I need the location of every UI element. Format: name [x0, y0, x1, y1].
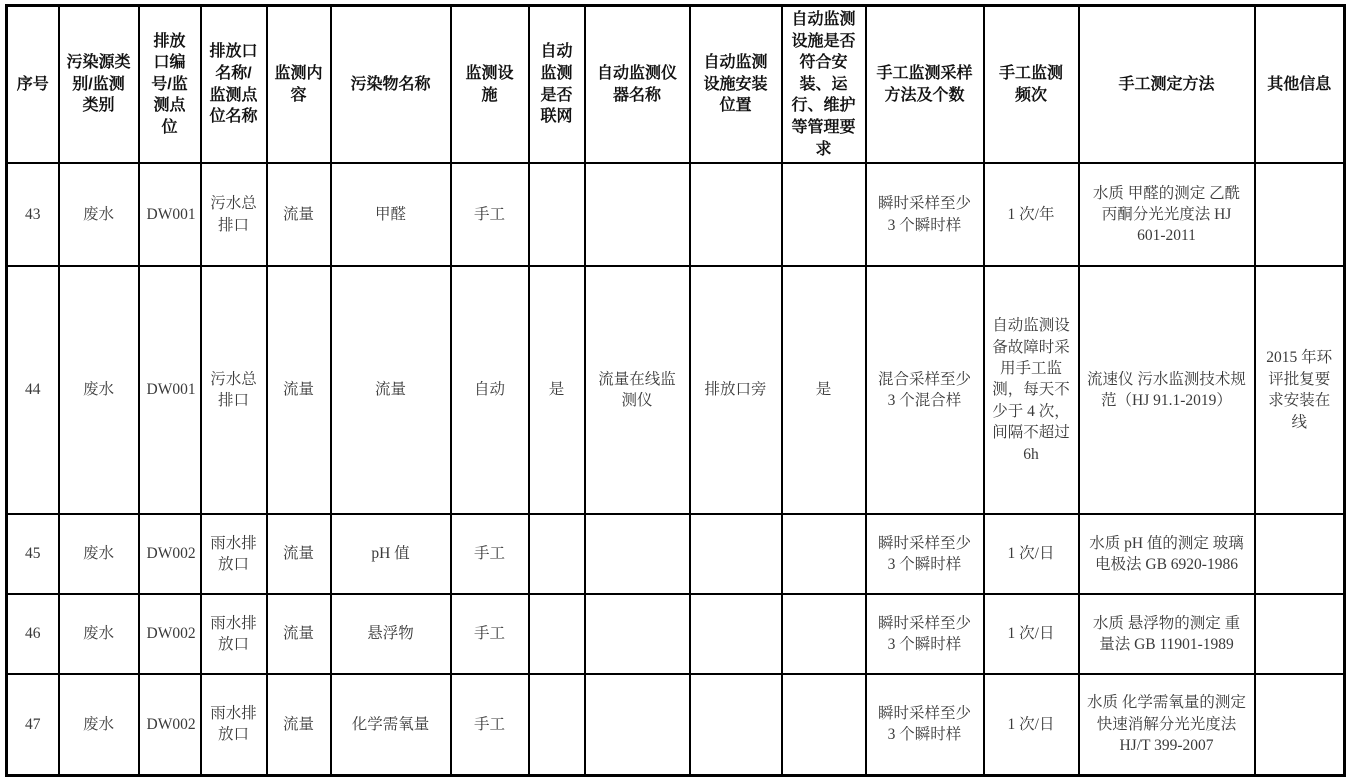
table-cell-monitor-facility: 手工: [451, 163, 529, 266]
header-cell-outlet-name: 排放口名称/监测点位名称: [201, 6, 267, 164]
header-cell-auto-location: 自动监测设施安装位置: [690, 6, 782, 164]
table-cell-other-info: [1255, 514, 1345, 594]
table-cell-auto-instrument: [585, 514, 690, 594]
table-row: 46废水DW002雨水排放口流量悬浮物手工瞬时采样至少 3 个瞬时样1 次/日水…: [7, 594, 1345, 674]
table-cell-auto-compliance: [782, 594, 866, 674]
table-cell-monitor-facility: 手工: [451, 514, 529, 594]
table-cell-pollutant-name: pH 值: [331, 514, 451, 594]
table-cell-monitor-content: 流量: [267, 163, 331, 266]
table-cell-outlet-name: 雨水排放口: [201, 674, 267, 775]
table-row: 45废水DW002雨水排放口流量pH 值手工瞬时采样至少 3 个瞬时样1 次/日…: [7, 514, 1345, 594]
table-cell-other-info: [1255, 163, 1345, 266]
table-cell-other-info: 2015 年环评批复要求安装在线: [1255, 266, 1345, 514]
table-cell-auto-location: [690, 674, 782, 775]
table-cell-monitor-facility: 自动: [451, 266, 529, 514]
table-cell-manual-sampling: 瞬时采样至少 3 个瞬时样: [866, 514, 984, 594]
table-cell-monitor-content: 流量: [267, 266, 331, 514]
table-cell-outlet-name: 污水总排口: [201, 163, 267, 266]
table-cell-pollutant-name: 化学需氧量: [331, 674, 451, 775]
table-cell-monitor-content: 流量: [267, 594, 331, 674]
table-cell-manual-sampling: 瞬时采样至少 3 个瞬时样: [866, 594, 984, 674]
table-cell-outlet-name: 雨水排放口: [201, 514, 267, 594]
table-cell-seq: 46: [7, 594, 59, 674]
header-row: 序号污染源类别/监测类别排放口编号/监测点位排放口名称/监测点位名称监测内容污染…: [7, 6, 1345, 164]
table-cell-auto-compliance: 是: [782, 266, 866, 514]
table-cell-pollutant-name: 甲醛: [331, 163, 451, 266]
table-cell-manual-frequency: 1 次/日: [984, 594, 1079, 674]
header-cell-monitor-facility: 监测设施: [451, 6, 529, 164]
table-cell-auto-instrument: 流量在线监测仪: [585, 266, 690, 514]
table-row: 43废水DW001污水总排口流量甲醛手工瞬时采样至少 3 个瞬时样1 次/年水质…: [7, 163, 1345, 266]
header-cell-manual-sampling: 手工监测采样方法及个数: [866, 6, 984, 164]
table-cell-source-type: 废水: [59, 514, 139, 594]
header-cell-monitor-content: 监测内容: [267, 6, 331, 164]
table-cell-manual-method: 水质 甲醛的测定 乙酰丙酮分光光度法 HJ 601-2011: [1079, 163, 1255, 266]
table-cell-manual-frequency: 1 次/年: [984, 163, 1079, 266]
table-row: 44废水DW001污水总排口流量流量自动是流量在线监测仪排放口旁是混合采样至少 …: [7, 266, 1345, 514]
table-cell-seq: 45: [7, 514, 59, 594]
table-cell-monitor-facility: 手工: [451, 594, 529, 674]
table-cell-outlet-code: DW002: [139, 594, 201, 674]
header-cell-auto-instrument: 自动监测仪器名称: [585, 6, 690, 164]
table-body: 43废水DW001污水总排口流量甲醛手工瞬时采样至少 3 个瞬时样1 次/年水质…: [7, 163, 1345, 775]
table-cell-other-info: [1255, 594, 1345, 674]
table-cell-auto-instrument: [585, 594, 690, 674]
table-cell-source-type: 废水: [59, 674, 139, 775]
monitoring-document-page: 序号污染源类别/监测类别排放口编号/监测点位排放口名称/监测点位名称监测内容污染…: [0, 0, 1349, 782]
table-cell-pollutant-name: 悬浮物: [331, 594, 451, 674]
table-cell-auto-compliance: [782, 674, 866, 775]
table-cell-manual-method: 水质 化学需氧量的测定 快速消解分光光度法 HJ/T 399-2007: [1079, 674, 1255, 775]
table-cell-auto-networked: [529, 163, 585, 266]
table-cell-outlet-code: DW001: [139, 266, 201, 514]
header-cell-manual-frequency: 手工监测频次: [984, 6, 1079, 164]
table-cell-source-type: 废水: [59, 594, 139, 674]
table-cell-monitor-content: 流量: [267, 674, 331, 775]
pollution-source-monitoring-table: 序号污染源类别/监测类别排放口编号/监测点位排放口名称/监测点位名称监测内容污染…: [5, 4, 1346, 777]
table-cell-outlet-code: DW002: [139, 674, 201, 775]
header-cell-auto-compliance: 自动监测设施是否符合安装、运行、维护等管理要求: [782, 6, 866, 164]
header-cell-other-info: 其他信息: [1255, 6, 1345, 164]
table-cell-seq: 47: [7, 674, 59, 775]
table-header: 序号污染源类别/监测类别排放口编号/监测点位排放口名称/监测点位名称监测内容污染…: [7, 6, 1345, 164]
table-cell-monitor-content: 流量: [267, 514, 331, 594]
table-cell-outlet-code: DW002: [139, 514, 201, 594]
header-cell-seq: 序号: [7, 6, 59, 164]
table-cell-auto-location: [690, 163, 782, 266]
table-cell-seq: 44: [7, 266, 59, 514]
header-cell-pollutant-name: 污染物名称: [331, 6, 451, 164]
table-cell-other-info: [1255, 674, 1345, 775]
table-cell-monitor-facility: 手工: [451, 674, 529, 775]
table-cell-source-type: 废水: [59, 163, 139, 266]
table-cell-auto-networked: [529, 674, 585, 775]
table-cell-auto-networked: [529, 514, 585, 594]
table-cell-auto-compliance: [782, 514, 866, 594]
header-cell-outlet-code: 排放口编号/监测点位: [139, 6, 201, 164]
table-cell-pollutant-name: 流量: [331, 266, 451, 514]
table-cell-manual-method: 流速仪 污水监测技术规范（HJ 91.1-2019）: [1079, 266, 1255, 514]
table-cell-source-type: 废水: [59, 266, 139, 514]
header-cell-auto-networked: 自动监测是否联网: [529, 6, 585, 164]
table-cell-manual-sampling: 瞬时采样至少 3 个瞬时样: [866, 674, 984, 775]
table-cell-outlet-name: 污水总排口: [201, 266, 267, 514]
header-cell-manual-method: 手工测定方法: [1079, 6, 1255, 164]
table-cell-manual-sampling: 瞬时采样至少 3 个瞬时样: [866, 163, 984, 266]
table-row: 47废水DW002雨水排放口流量化学需氧量手工瞬时采样至少 3 个瞬时样1 次/…: [7, 674, 1345, 775]
table-cell-auto-networked: [529, 594, 585, 674]
table-cell-auto-location: 排放口旁: [690, 266, 782, 514]
table-cell-auto-location: [690, 594, 782, 674]
table-cell-auto-instrument: [585, 674, 690, 775]
table-cell-manual-sampling: 混合采样至少 3 个混合样: [866, 266, 984, 514]
table-cell-manual-method: 水质 pH 值的测定 玻璃电极法 GB 6920-1986: [1079, 514, 1255, 594]
table-cell-manual-frequency: 自动监测设备故障时采用手工监测，每天不少于 4 次，间隔不超过 6h: [984, 266, 1079, 514]
table-cell-outlet-name: 雨水排放口: [201, 594, 267, 674]
table-cell-auto-location: [690, 514, 782, 594]
table-cell-seq: 43: [7, 163, 59, 266]
table-cell-manual-method: 水质 悬浮物的测定 重量法 GB 11901-1989: [1079, 594, 1255, 674]
table-cell-auto-networked: 是: [529, 266, 585, 514]
header-cell-source-type: 污染源类别/监测类别: [59, 6, 139, 164]
table-cell-manual-frequency: 1 次/日: [984, 514, 1079, 594]
table-cell-auto-compliance: [782, 163, 866, 266]
table-cell-outlet-code: DW001: [139, 163, 201, 266]
table-cell-manual-frequency: 1 次/日: [984, 674, 1079, 775]
table-cell-auto-instrument: [585, 163, 690, 266]
